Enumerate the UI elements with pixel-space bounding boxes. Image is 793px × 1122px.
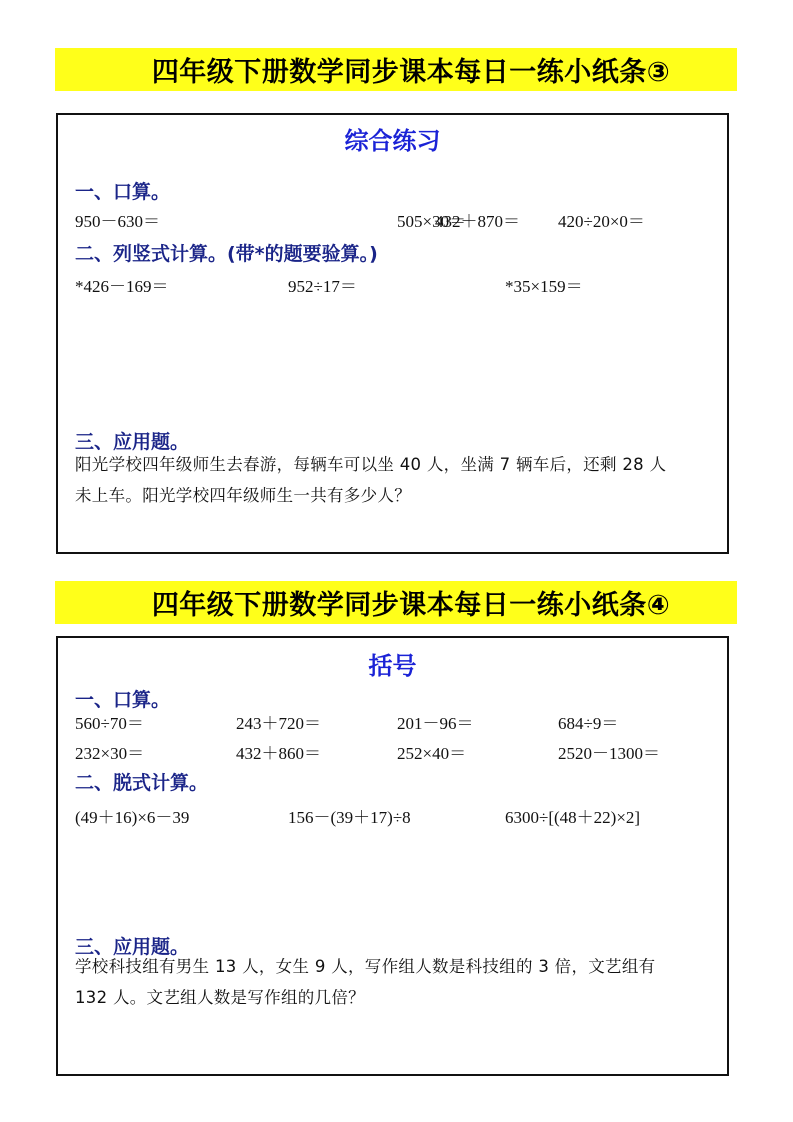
word-problem-text: 阳光学校四年级师生去春游，每辆车可以坐 40 人，坐满 7 辆车后，还剩 28 …	[75, 449, 717, 511]
sheet-3-banner: 四年级下册数学同步课本每日一练小纸条③	[55, 48, 737, 91]
sheet-3-banner-title: 四年级下册数学同步课本每日一练小纸条③	[122, 50, 670, 89]
sheet-4-banner: 四年级下册数学同步课本每日一练小纸条④	[55, 581, 737, 624]
sheet-4-card: 括号 一、口算。 560÷70＝ 243＋720＝ 201－96＝ 684÷9＝…	[56, 636, 729, 1076]
word-problem-line-2: 未上车。阳光学校四年级师生一共有多少人？	[75, 480, 717, 511]
oral-calc-item: 420÷20×0＝	[558, 207, 645, 232]
oral-calc-item: 560÷70＝	[75, 709, 144, 734]
step-calc-item: (49＋16)×6－39	[75, 803, 189, 828]
sheet-3-section-1-heading: 一、口算。	[75, 177, 170, 204]
sheet-3-card-title: 综合练习	[58, 121, 727, 156]
word-problem-line-1: 阳光学校四年级师生去春游，每辆车可以坐 40 人，坐满 7 辆车后，还剩 28 …	[75, 449, 717, 480]
oral-calc-item: 684÷9＝	[558, 709, 618, 734]
sheet-4-section-1-heading: 一、口算。	[75, 685, 170, 712]
oral-calc-item: 432＋860＝	[236, 739, 321, 764]
step-calc-item: 156－(39＋17)÷8	[288, 803, 411, 828]
word-problem-text: 学校科技组有男生 13 人，女生 9 人，写作组人数是科技组的 3 倍，文艺组有…	[75, 951, 717, 1013]
oral-calc-item: 505×30＝	[397, 207, 466, 232]
sheet-3-card: 综合练习 一、口算。 950－630＝ 432＋870＝ 505×30＝ 420…	[56, 113, 729, 554]
oral-calc-item: 2520－1300＝	[558, 739, 660, 764]
word-problem-line-1: 学校科技组有男生 13 人，女生 9 人，写作组人数是科技组的 3 倍，文艺组有	[75, 951, 717, 982]
sheet-3-section-2-heading: 二、列竖式计算。(带*的题要验算。)	[75, 239, 378, 266]
oral-calc-item: 232×30＝	[75, 739, 144, 764]
vertical-calc-item: 952÷17＝	[288, 272, 357, 297]
oral-calc-item: 950－630＝	[75, 207, 160, 232]
word-problem-line-2: 132 人。文艺组人数是写作组的几倍？	[75, 982, 717, 1013]
oral-calc-item: 201－96＝	[397, 709, 474, 734]
step-calc-item: 6300÷[(48＋22)×2]	[505, 803, 640, 828]
sheet-4-banner-title: 四年级下册数学同步课本每日一练小纸条④	[122, 583, 670, 622]
vertical-calc-item: *35×159＝	[505, 272, 583, 297]
vertical-calc-item: *426－169＝	[75, 272, 169, 297]
oral-calc-item: 252×40＝	[397, 739, 466, 764]
sheet-4-section-2-heading: 二、脱式计算。	[75, 768, 208, 795]
sheet-4-card-title: 括号	[58, 646, 727, 681]
oral-calc-item: 243＋720＝	[236, 709, 321, 734]
